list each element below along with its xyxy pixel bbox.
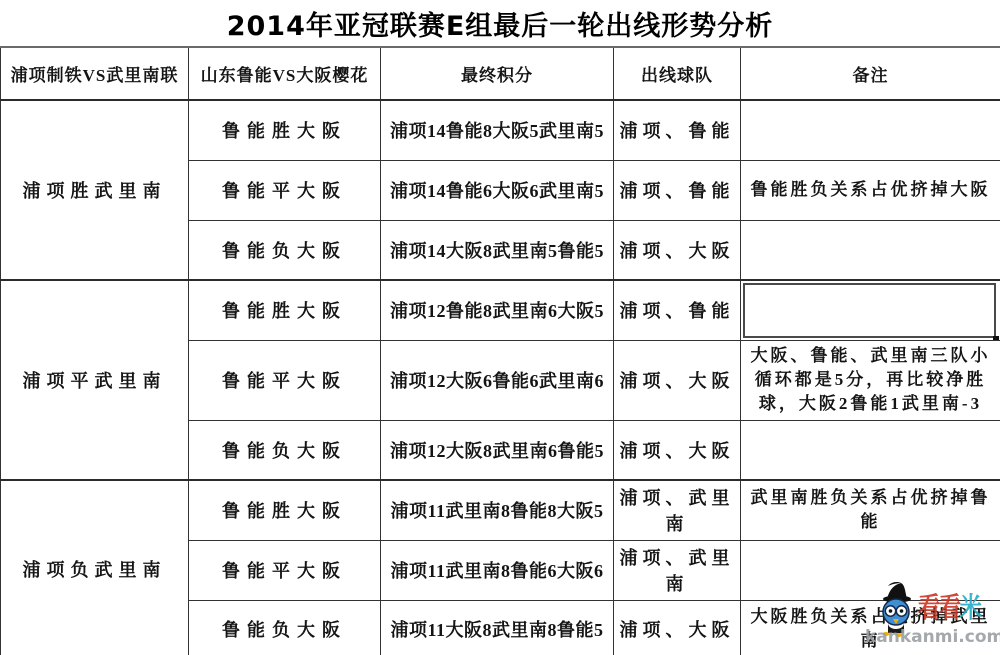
cell-scenario: 鲁能胜大阪	[189, 480, 381, 540]
cell-remark: 大阪、鲁能、武里南三队小循环都是5分，再比较净胜球，大阪2鲁能1武里南-3	[741, 340, 1000, 420]
analysis-table: 浦项制铁VS武里南联 山东鲁能VS大阪樱花 最终积分 出线球队 备注 浦项胜武里…	[0, 46, 1000, 655]
cell-group-label: 浦项胜武里南	[1, 100, 189, 280]
cell-scenario: 鲁能负大阪	[189, 220, 381, 280]
cell-remark	[741, 100, 1000, 160]
cell-score: 浦项11武里南8鲁能8大阪5	[381, 480, 614, 540]
cell-score: 浦项14鲁能8大阪5武里南5	[381, 100, 614, 160]
header-remarks: 备注	[741, 47, 1000, 100]
header-final-points: 最终积分	[381, 47, 614, 100]
cell-qualified: 浦项、大阪	[614, 340, 741, 420]
cell-qualified: 浦项、武里南	[614, 480, 741, 540]
cell-group-label: 浦项负武里南	[1, 480, 189, 655]
selection-box	[743, 283, 996, 338]
cell-group-label: 浦项平武里南	[1, 280, 189, 480]
header-matchup-luneng: 山东鲁能VS大阪樱花	[189, 47, 381, 100]
cell-qualified: 浦项、鲁能	[614, 100, 741, 160]
cell-remark	[741, 220, 1000, 280]
cell-remark: 大阪胜负关系占优挤掉武里南	[741, 600, 1000, 655]
cell-scenario: 鲁能负大阪	[189, 600, 381, 655]
cell-scenario: 鲁能胜大阪	[189, 100, 381, 160]
header-row: 浦项制铁VS武里南联 山东鲁能VS大阪樱花 最终积分 出线球队 备注	[1, 47, 1000, 100]
cell-score: 浦项11武里南8鲁能6大阪6	[381, 540, 614, 600]
cell-qualified: 浦项、大阪	[614, 600, 741, 655]
cell-scenario: 鲁能平大阪	[189, 540, 381, 600]
cell-scenario: 鲁能平大阪	[189, 160, 381, 220]
cell-qualified: 浦项、鲁能	[614, 160, 741, 220]
cell-qualified: 浦项、大阪	[614, 220, 741, 280]
cell-remark	[741, 540, 1000, 600]
table-row: 浦项负武里南 鲁能胜大阪 浦项11武里南8鲁能8大阪5 浦项、武里南 武里南胜负…	[1, 480, 1000, 540]
cell-score: 浦项12大阪6鲁能6武里南6	[381, 340, 614, 420]
cell-score: 浦项12大阪8武里南6鲁能5	[381, 420, 614, 480]
cell-scenario: 鲁能胜大阪	[189, 280, 381, 340]
cell-remark	[741, 420, 1000, 480]
page-title: 2014年亚冠联赛E组最后一轮出线形势分析	[0, 0, 1000, 46]
cell-score: 浦项11大阪8武里南8鲁能5	[381, 600, 614, 655]
table-row: 浦项胜武里南 鲁能胜大阪 浦项14鲁能8大阪5武里南5 浦项、鲁能	[1, 100, 1000, 160]
cell-score: 浦项12鲁能8武里南6大阪5	[381, 280, 614, 340]
cell-scenario: 鲁能负大阪	[189, 420, 381, 480]
cell-qualified: 浦项、鲁能	[614, 280, 741, 340]
header-qualified-teams: 出线球队	[614, 47, 741, 100]
header-matchup-pohang: 浦项制铁VS武里南联	[1, 47, 189, 100]
cell-remark-selected	[741, 280, 1000, 340]
cell-scenario: 鲁能平大阪	[189, 340, 381, 420]
table-row: 浦项平武里南 鲁能胜大阪 浦项12鲁能8武里南6大阪5 浦项、鲁能	[1, 280, 1000, 340]
cell-qualified: 浦项、大阪	[614, 420, 741, 480]
cell-qualified: 浦项、武里南	[614, 540, 741, 600]
cell-score: 浦项14大阪8武里南5鲁能5	[381, 220, 614, 280]
cell-score: 浦项14鲁能6大阪6武里南5	[381, 160, 614, 220]
cell-remark: 鲁能胜负关系占优挤掉大阪	[741, 160, 1000, 220]
cell-remark: 武里南胜负关系占优挤掉鲁能	[741, 480, 1000, 540]
